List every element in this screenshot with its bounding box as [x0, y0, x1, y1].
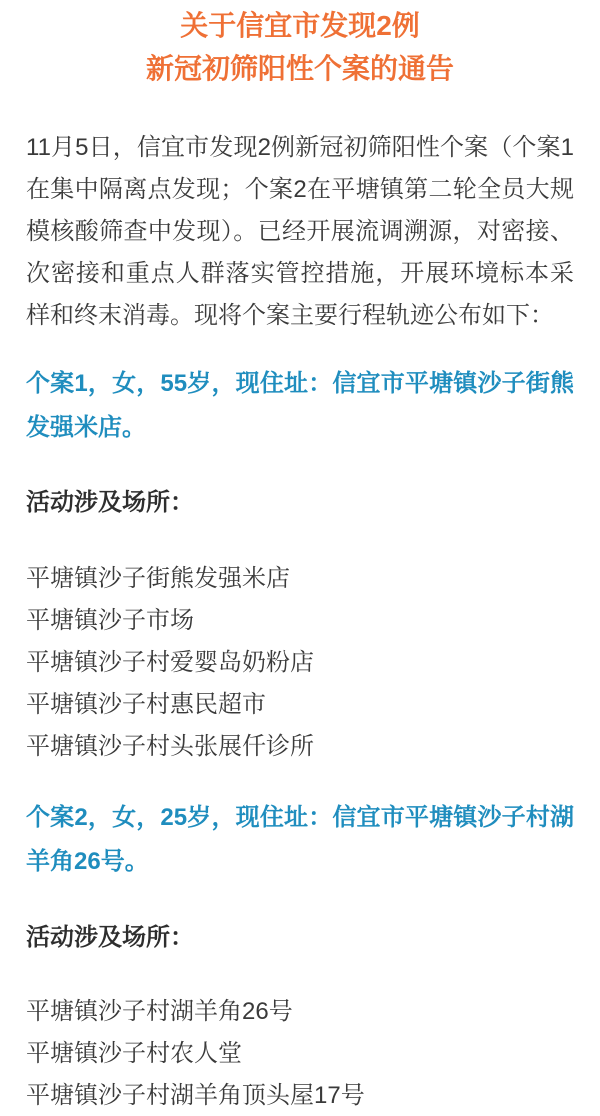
case-2-summary: 个案2，女，25岁，现住址：信宜市平塘镇沙子村湖羊角26号。 — [26, 796, 574, 884]
case-2-place-item: 平塘镇沙子村湖羊角26号 — [26, 991, 574, 1033]
case-1-place-item: 平塘镇沙子村惠民超市 — [26, 684, 574, 726]
notice-article: 关于信宜市发现2例 新冠初筛阳性个案的通告 11月5日，信宜市发现2例新冠初筛阳… — [0, 4, 600, 1116]
case-2-place-list: 平塘镇沙子村湖羊角26号 平塘镇沙子村农人堂 平塘镇沙子村湖羊角顶头屋17号 — [26, 991, 574, 1116]
case-2-places-header: 活动涉及场所： — [26, 917, 574, 959]
notice-title-line-1: 关于信宜市发现2例 — [26, 4, 574, 47]
case-1-place-list: 平塘镇沙子街熊发强米店 平塘镇沙子市场 平塘镇沙子村爱婴岛奶粉店 平塘镇沙子村惠… — [26, 558, 574, 768]
case-1-place-item: 平塘镇沙子村头张展仟诊所 — [26, 726, 574, 768]
notice-title: 关于信宜市发现2例 新冠初筛阳性个案的通告 — [26, 4, 574, 90]
case-1-summary: 个案1，女，55岁，现住址：信宜市平塘镇沙子街熊发强米店。 — [26, 362, 574, 450]
case-1-place-item: 平塘镇沙子市场 — [26, 600, 574, 642]
case-1-place-item: 平塘镇沙子街熊发强米店 — [26, 558, 574, 600]
case-2-section: 个案2，女，25岁，现住址：信宜市平塘镇沙子村湖羊角26号。 活动涉及场所： 平… — [26, 796, 574, 1116]
case-2-place-item: 平塘镇沙子村湖羊角顶头屋17号 — [26, 1075, 574, 1116]
case-1-places-header: 活动涉及场所： — [26, 482, 574, 524]
case-1-section: 个案1，女，55岁，现住址：信宜市平塘镇沙子街熊发强米店。 活动涉及场所： 平塘… — [26, 362, 574, 768]
case-1-place-item: 平塘镇沙子村爱婴岛奶粉店 — [26, 642, 574, 684]
notice-title-line-2: 新冠初筛阳性个案的通告 — [26, 47, 574, 90]
notice-intro-paragraph: 11月5日，信宜市发现2例新冠初筛阳性个案（个案1在集中隔离点发现；个案2在平塘… — [26, 127, 574, 337]
case-2-place-item: 平塘镇沙子村农人堂 — [26, 1033, 574, 1075]
